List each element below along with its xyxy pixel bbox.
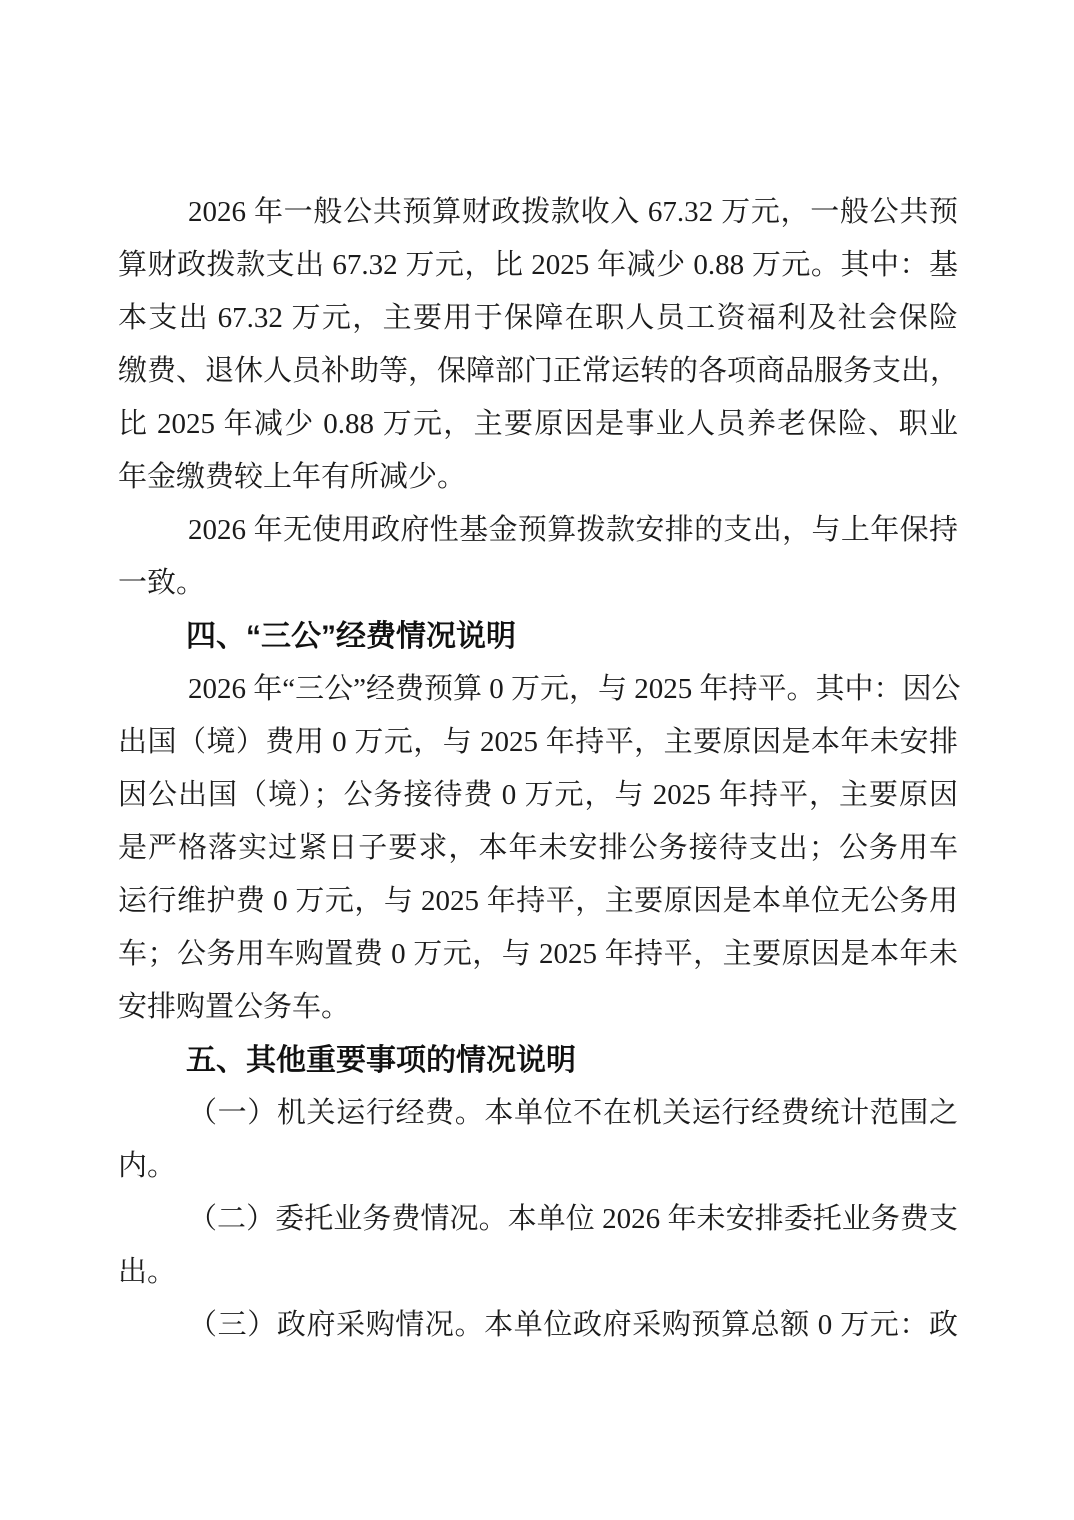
text-line: 缴费、退休人员补助等，保障部门正常运转的各项商品服务支出， bbox=[118, 345, 958, 398]
text-line: 是严格落实过紧日子要求，本年未安排公务接待支出；公务用车 bbox=[118, 822, 958, 875]
text-line: 安排购置公务车。 bbox=[118, 981, 958, 1034]
text-line: 比 2025 年减少 0.88 万元，主要原因是事业人员养老保险、职业 bbox=[118, 398, 958, 451]
document-body: 2026 年一般公共预算财政拨款收入 67.32 万元，一般公共预 算财政拨款支… bbox=[118, 186, 958, 1352]
text-line: 2026 年“三公”经费预算 0 万元，与 2025 年持平。其中：因公 bbox=[118, 663, 958, 716]
text-line: 出。 bbox=[118, 1246, 958, 1299]
heading-section-4-three-public-funds: 四、“三公”经费情况说明 bbox=[118, 610, 958, 663]
text-line: 2026 年一般公共预算财政拨款收入 67.32 万元，一般公共预 bbox=[118, 186, 958, 239]
text-line: 本支出 67.32 万元，主要用于保障在职人员工资福利及社会保险 bbox=[118, 292, 958, 345]
text-line: 运行维护费 0 万元，与 2025 年持平，主要原因是本单位无公务用 bbox=[118, 875, 958, 928]
text-line: （一）机关运行经费。本单位不在机关运行经费统计范围之 bbox=[118, 1087, 958, 1140]
text-line: （二）委托业务费情况。本单位 2026 年未安排委托业务费支 bbox=[118, 1193, 958, 1246]
text-line: 因公出国（境）；公务接待费 0 万元，与 2025 年持平，主要原因 bbox=[118, 769, 958, 822]
text-line: （三）政府采购情况。本单位政府采购预算总额 0 万元：政 bbox=[118, 1299, 958, 1352]
text-line: 2026 年无使用政府性基金预算拨款安排的支出，与上年保持 bbox=[118, 504, 958, 557]
text-line: 内。 bbox=[118, 1140, 958, 1193]
text-line: 算财政拨款支出 67.32 万元，比 2025 年减少 0.88 万元。其中：基 bbox=[118, 239, 958, 292]
text-line: 一致。 bbox=[118, 557, 958, 610]
text-line: 车；公务用车购置费 0 万元，与 2025 年持平，主要原因是本年未 bbox=[118, 928, 958, 981]
text-line: 年金缴费较上年有所减少。 bbox=[118, 451, 958, 504]
heading-section-5-other-important-items: 五、其他重要事项的情况说明 bbox=[118, 1034, 958, 1087]
document-page: 2026 年一般公共预算财政拨款收入 67.32 万元，一般公共预 算财政拨款支… bbox=[0, 0, 1074, 1520]
text-line: 出国（境）费用 0 万元，与 2025 年持平，主要原因是本年未安排 bbox=[118, 716, 958, 769]
